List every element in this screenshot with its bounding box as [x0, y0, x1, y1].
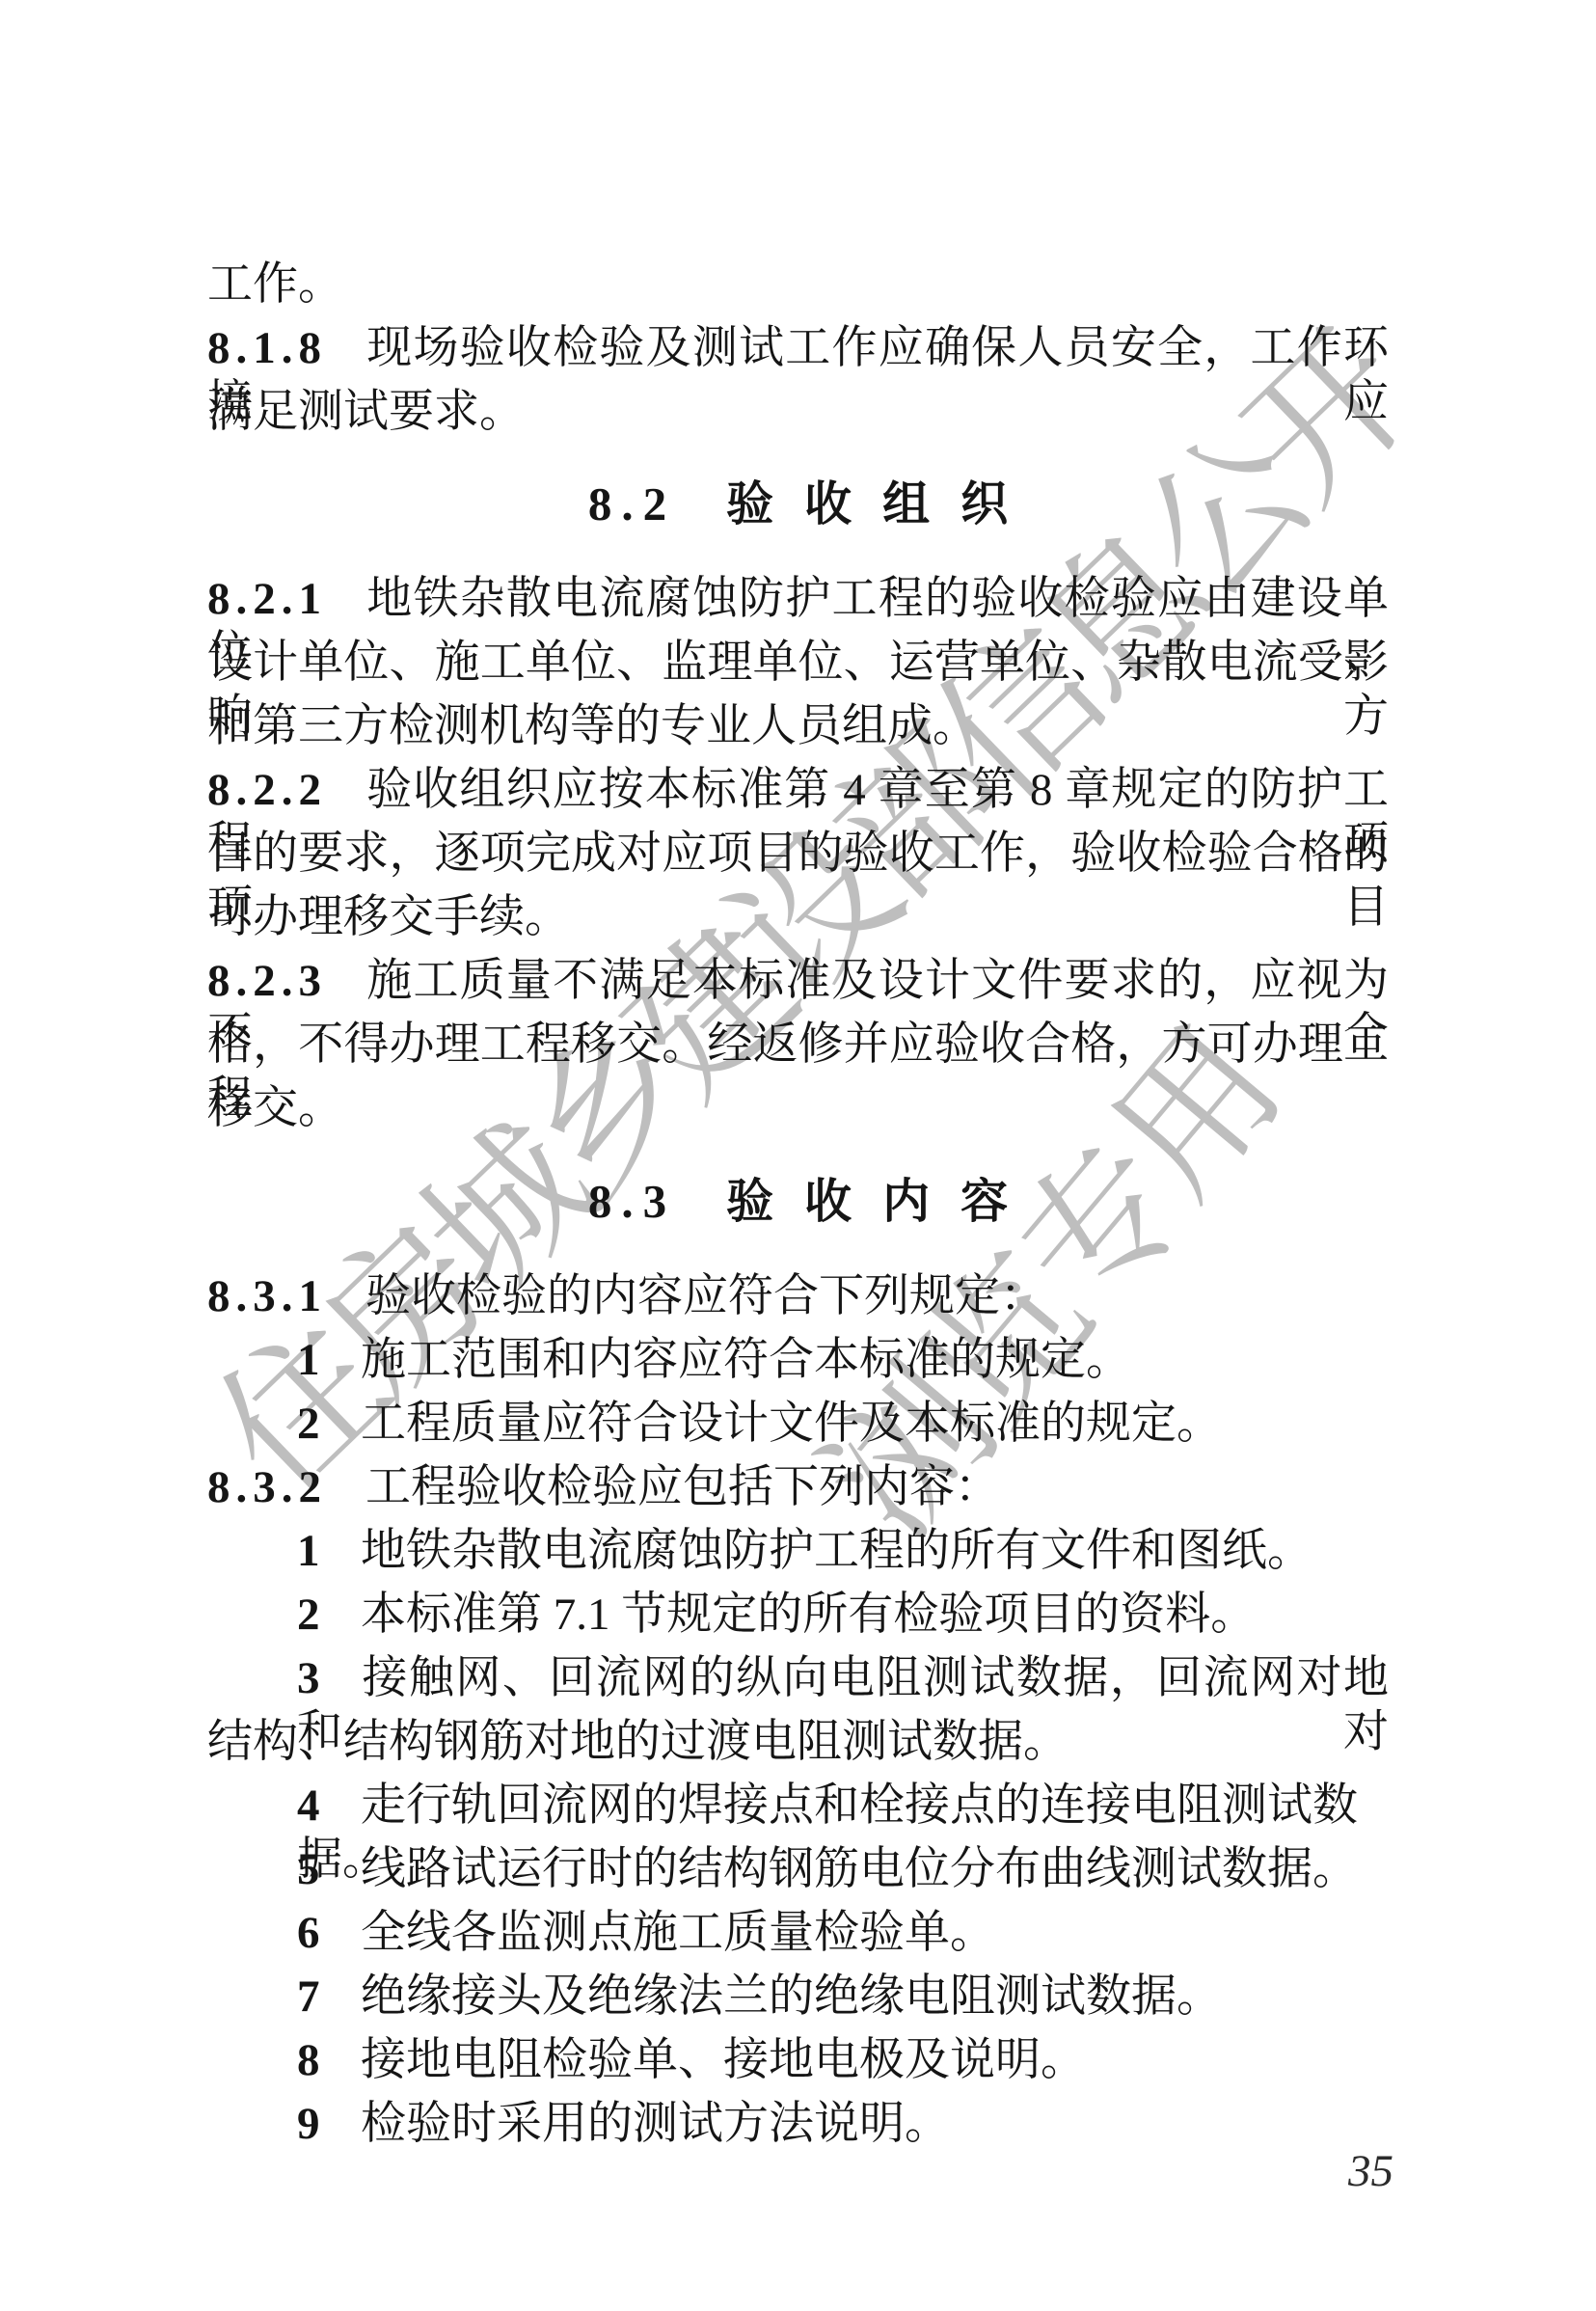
list-item-line: 5线路试运行时的结构钢筋电位分布曲线测试数据。: [207, 1842, 1389, 1896]
clause-number: 8.2.1: [207, 574, 327, 624]
line-text: 结构、结构钢筋对地的过渡电阻测试数据。: [207, 1717, 1069, 1767]
line-text: 和第三方检测机构等的专业人员组成。: [207, 701, 978, 751]
text-line: 可办理移交手续。: [207, 890, 1389, 944]
clause-line: 8.3.1验收检验的内容应符合下列规定：: [207, 1269, 1389, 1323]
line-text: 验收检验的内容应符合下列规定：: [365, 1271, 1045, 1321]
line-text: 工程验收检验应包括下列内容：: [365, 1462, 1000, 1512]
list-item-line: 9检验时采用的测试方法说明。: [207, 2097, 1389, 2151]
document-body: 工作。8.1.8现场验收检验及测试工作应确保人员安全，工作环境应满足测试要求。8…: [0, 0, 1596, 2311]
page-number: 35: [1201, 2145, 1393, 2197]
item-number: 2: [297, 1588, 320, 1642]
line-text: 检验时采用的测试方法说明。: [361, 2099, 950, 2149]
list-item-line: 7绝缘接头及绝缘法兰的绝缘电阻测试数据。: [207, 1970, 1389, 2024]
clause-number: 8.2.2: [207, 765, 327, 815]
text-line: 结构、结构钢筋对地的过渡电阻测试数据。: [207, 1715, 1389, 1769]
item-number: 6: [297, 1906, 320, 1960]
item-number: 1: [297, 1333, 320, 1387]
line-text: 移交。: [207, 1083, 343, 1133]
item-number: 4: [297, 1779, 320, 1833]
item-number: 5: [297, 1842, 320, 1896]
section-heading: 8.2验收组织: [207, 477, 1389, 531]
line-text: 绝缘接头及绝缘法兰的绝缘电阻测试数据。: [361, 1971, 1222, 2022]
clause-number: 8.3.2: [207, 1462, 327, 1512]
list-item-line: 6全线各监测点施工质量检验单。: [207, 1906, 1389, 1960]
item-number: 1: [297, 1524, 320, 1578]
item-number: 7: [297, 1970, 320, 2024]
line-text: 线路试运行时的结构钢筋电位分布曲线测试数据。: [361, 1844, 1358, 1894]
line-text: 接地电阻检验单、接地电极及说明。: [361, 2035, 1086, 2085]
line-text: 工作。: [207, 259, 343, 310]
line-text: 满足测试要求。: [207, 387, 525, 437]
list-item-line: 2工程质量应符合设计文件及本标准的规定。: [207, 1397, 1389, 1451]
list-item-line: 1地铁杂散电流腐蚀防护工程的所有文件和图纸。: [207, 1524, 1389, 1578]
line-text: 工程质量应符合设计文件及本标准的规定。: [361, 1399, 1222, 1449]
heading-number: 8.3: [588, 1175, 676, 1228]
item-number: 3: [297, 1651, 320, 1705]
item-number: 2: [297, 1397, 320, 1451]
text-line: 和第三方检测机构等的专业人员组成。: [207, 699, 1389, 753]
section-heading: 8.3验收内容: [207, 1175, 1389, 1229]
heading-number: 8.2: [588, 477, 676, 530]
clause-number: 8.2.3: [207, 956, 327, 1006]
list-item-line: 1施工范围和内容应符合本标准的规定。: [207, 1333, 1389, 1387]
clause-number: 8.1.8: [207, 323, 327, 373]
item-number: 8: [297, 2033, 320, 2087]
line-text: 可办理移交手续。: [207, 892, 570, 942]
line-text: 施工范围和内容应符合本标准的规定。: [361, 1335, 1131, 1385]
list-item-line: 8接地电阻检验单、接地电极及说明。: [207, 2033, 1389, 2087]
item-number: 9: [297, 2097, 320, 2151]
text-line: 工作。: [207, 258, 1389, 312]
line-text: 全线各监测点施工质量检验单。: [361, 1908, 995, 1958]
line-text: 地铁杂散电流腐蚀防护工程的所有文件和图纸。: [361, 1526, 1312, 1576]
clause-line: 8.3.2工程验收检验应包括下列内容：: [207, 1460, 1389, 1514]
text-line: 移交。: [207, 1081, 1389, 1135]
clause-number: 8.3.1: [207, 1271, 327, 1321]
text-line: 满足测试要求。: [207, 385, 1389, 439]
line-text: 验收内容: [726, 1175, 1039, 1228]
line-text: 验收组织: [726, 477, 1039, 530]
document-page: 住房城乡建设部信息公开 浏览专用 工作。8.1.8现场验收检验及测试工作应确保人…: [0, 0, 1596, 2311]
line-text: 本标准第 7.1 节规定的所有检验项目的资料。: [361, 1590, 1256, 1640]
list-item-line: 2本标准第 7.1 节规定的所有检验项目的资料。: [207, 1588, 1389, 1642]
